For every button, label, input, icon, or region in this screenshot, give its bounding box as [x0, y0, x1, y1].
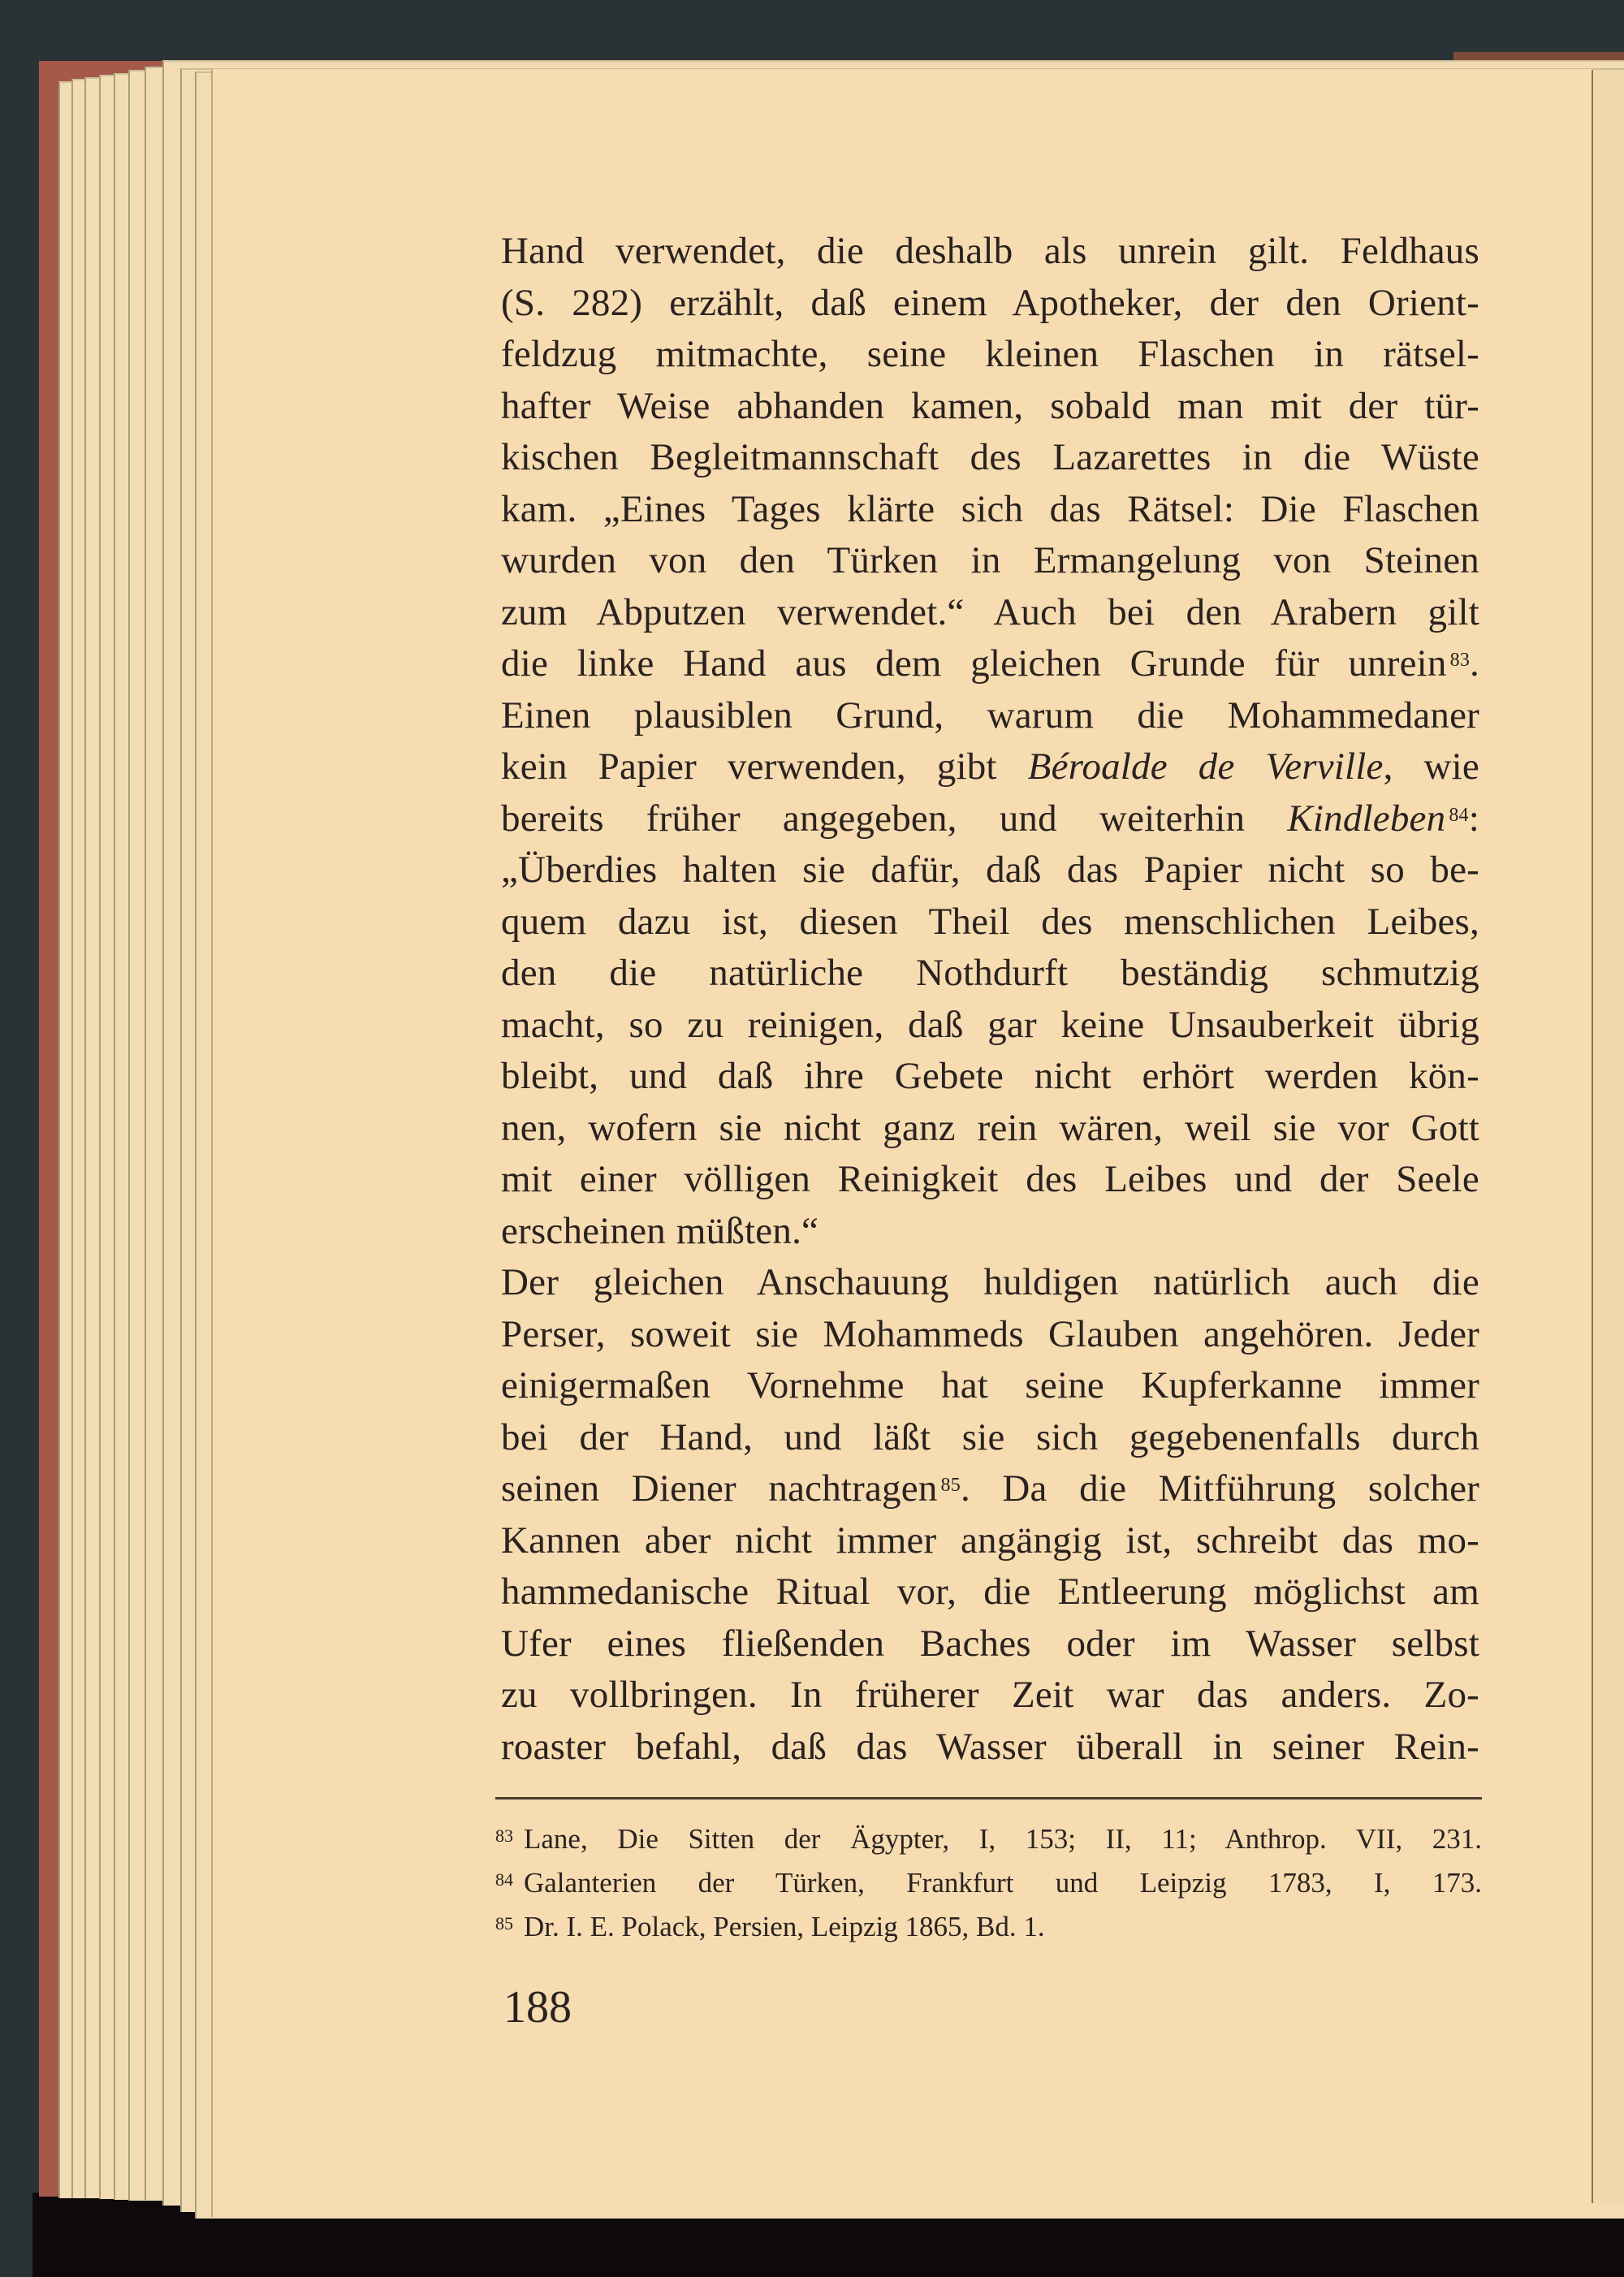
text-line: nen, wofern sie nicht ganz rein wären, w… — [501, 1103, 1479, 1155]
footnote-reference[interactable]: 84 — [1449, 805, 1468, 826]
text-line: roaster befahl, daß das Wasser überall i… — [501, 1722, 1479, 1774]
text-run: . Da die Mitführung solcher — [961, 1467, 1479, 1510]
text-run: Ufer eines fließenden Baches oder im Was… — [501, 1622, 1479, 1665]
text-line: kam. „Eines Tages klärte sich das Rätsel… — [501, 484, 1479, 536]
text-line: macht, so zu reinigen, daß gar keine Uns… — [501, 1000, 1479, 1052]
text-line: bleibt, und daß ihre Gebete nicht erhört… — [501, 1051, 1479, 1103]
text-run: die linke Hand aus dem gleichen Grunde f… — [501, 642, 1447, 685]
text-run: . — [1470, 642, 1479, 685]
text-line: bereits früher angegeben, und weiterhin … — [501, 793, 1479, 845]
text-line: hafter Weise abhanden kamen, sobald man … — [501, 381, 1479, 433]
text-line: zu vollbringen. In früherer Zeit war das… — [501, 1670, 1479, 1722]
text-run: bei der Hand, und läßt sie sich gegebene… — [501, 1416, 1479, 1458]
text-line: mit einer völligen Reinigkeit des Leibes… — [501, 1154, 1479, 1206]
text-run: macht, so zu reinigen, daß gar keine Uns… — [501, 1004, 1479, 1046]
footnote-number: 84 — [495, 1860, 524, 1900]
text-line: Kannen aber nicht immer angängig ist, sc… — [501, 1515, 1479, 1567]
facing-page-edge — [1592, 70, 1624, 2203]
text-run: Hand verwendet, die deshalb als unrein g… — [501, 230, 1479, 272]
text-line: einigermaßen Vornehme hat seine Kupferka… — [501, 1360, 1479, 1412]
footnote-text: Lane, Die Sitten der Ägypter, I, 153; II… — [524, 1819, 1482, 1860]
text-line: Der gleichen Anschauung huldigen natürli… — [501, 1257, 1479, 1309]
text-run: erscheinen müßten.“ — [501, 1210, 818, 1252]
text-run: zu vollbringen. In früherer Zeit war das… — [501, 1674, 1479, 1716]
text-run: bereits früher angegeben, und weiterhin — [501, 797, 1287, 840]
text-line: hammedanische Ritual vor, die Entleerung… — [501, 1566, 1479, 1618]
text-line: bei der Hand, und läßt sie sich gegebene… — [501, 1412, 1479, 1464]
text-run: : — [1469, 797, 1479, 840]
footnote-number: 83 — [495, 1816, 524, 1856]
text-line: feldzug mitmachte, seine kleinen Flasche… — [501, 329, 1479, 381]
footnote-item: 85Dr. I. E. Polack, Persien, Leipzig 186… — [495, 1907, 1482, 1951]
text-run: kein Papier verwenden, gibt — [501, 745, 1028, 788]
body-text: Hand verwendet, die deshalb als unrein g… — [501, 226, 1479, 1773]
text-run: kam. „Eines Tages klärte sich das Rätsel… — [501, 488, 1479, 530]
text-line: kein Papier verwenden, gibt Béroalde de … — [501, 741, 1479, 793]
text-line: Perser, soweit sie Mohammeds Glauben ang… — [501, 1309, 1479, 1361]
text-line: wurden von den Türken in Ermangelung von… — [501, 535, 1479, 587]
text-line: kischen Begleitmannschaft des Lazarettes… — [501, 432, 1479, 484]
text-line: den die natürliche Nothdurft beständig s… — [501, 948, 1479, 1000]
text-run: quem dazu ist, diesen Theil des menschli… — [501, 901, 1479, 943]
italic-name: Béroalde de Verville — [1028, 745, 1384, 788]
text-run: feldzug mitmachte, seine kleinen Flasche… — [501, 333, 1479, 375]
text-line: seinen Diener nachtragen85. Da die Mitfü… — [501, 1463, 1479, 1515]
text-run: roaster befahl, daß das Wasser überall i… — [501, 1726, 1479, 1768]
text-line: Einen plausiblen Grund, warum die Mohamm… — [501, 690, 1479, 742]
text-run: mit einer völligen Reinigkeit des Leibes… — [501, 1158, 1479, 1200]
text-line: quem dazu ist, diesen Theil des menschli… — [501, 897, 1479, 948]
text-run: (S. 282) erzählt, daß einem Apotheker, d… — [501, 282, 1479, 324]
text-run: Einen plausiblen Grund, warum die Mohamm… — [501, 694, 1479, 737]
text-line: zum Abputzen verwendet.“ Auch bei den Ar… — [501, 587, 1479, 639]
text-run: zum Abputzen verwendet.“ Auch bei den Ar… — [501, 591, 1479, 633]
page-number: 188 — [503, 1981, 572, 2033]
text-line: Hand verwendet, die deshalb als unrein g… — [501, 226, 1479, 278]
text-run: wurden von den Türken in Ermangelung von… — [501, 539, 1479, 581]
footnote-number: 85 — [495, 1903, 524, 1944]
footnote-separator — [495, 1797, 1482, 1800]
text-run: hafter Weise abhanden kamen, sobald man … — [501, 385, 1479, 427]
text-run: Perser, soweit sie Mohammeds Glauben ang… — [501, 1313, 1479, 1355]
text-run: „Überdies halten sie dafür, daß das Papi… — [501, 849, 1479, 891]
footnote-text: Dr. I. E. Polack, Persien, Leipzig 1865,… — [524, 1907, 1482, 1947]
footnote-reference[interactable]: 85 — [941, 1475, 961, 1496]
text-run: seinen Diener nachtragen — [501, 1467, 938, 1510]
text-run: kischen Begleitmannschaft des Lazarettes… — [501, 436, 1479, 478]
text-run: , wie — [1384, 745, 1479, 788]
italic-name: Kindleben — [1287, 797, 1445, 840]
text-run: Kannen aber nicht immer angängig ist, sc… — [501, 1519, 1479, 1562]
footnotes: 83Lane, Die Sitten der Ägypter, I, 153; … — [495, 1819, 1482, 1951]
footnote-text: Galanterien der Türken, Frankfurt und Le… — [524, 1863, 1482, 1903]
text-run: nen, wofern sie nicht ganz rein wären, w… — [501, 1107, 1479, 1149]
text-run: den die natürliche Nothdurft beständig s… — [501, 952, 1479, 994]
footnote-item: 83Lane, Die Sitten der Ägypter, I, 153; … — [495, 1819, 1482, 1863]
text-line: (S. 282) erzählt, daß einem Apotheker, d… — [501, 278, 1479, 330]
text-run: bleibt, und daß ihre Gebete nicht erhört… — [501, 1055, 1479, 1097]
text-line: erscheinen müßten.“ — [501, 1206, 1479, 1258]
footnote-reference[interactable]: 83 — [1450, 650, 1470, 671]
text-run: hammedanische Ritual vor, die Entleerung… — [501, 1571, 1479, 1613]
text-run: einigermaßen Vornehme hat seine Kupferka… — [501, 1364, 1479, 1406]
text-run: Der gleichen Anschauung huldigen natürli… — [501, 1261, 1479, 1303]
footnote-item: 84Galanterien der Türken, Frankfurt und … — [495, 1863, 1482, 1907]
text-line: „Überdies halten sie dafür, daß das Papi… — [501, 845, 1479, 897]
text-line: die linke Hand aus dem gleichen Grunde f… — [501, 638, 1479, 690]
text-line: Ufer eines fließenden Baches oder im Was… — [501, 1618, 1479, 1670]
